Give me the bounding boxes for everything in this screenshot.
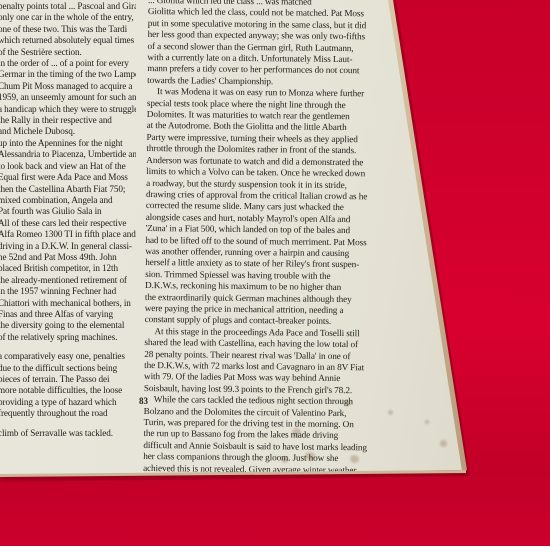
page-number: 83: [139, 396, 148, 406]
text-line: frequently throughout the road: [0, 408, 136, 419]
text-line: only one car in the whole of the entry,: [0, 12, 136, 23]
text-line: Pat fourth was Giulio Sala in: [0, 206, 136, 217]
text-line: to look back and view an Hat of the: [0, 161, 136, 172]
text-line: due to the difficult sections being: [0, 363, 136, 374]
text-line: pieces of terrain. The Passo dei: [0, 374, 136, 385]
left-text-column: penalty points total ... Pascoal and Gir…: [0, 1, 136, 439]
text-line: more notable difficulties, the loose: [0, 385, 136, 396]
text-line: Germar in the timing of the two Lampes.: [0, 69, 136, 80]
text-line: penalty points total ... Pascoal and Gir…: [0, 1, 136, 12]
text-line: All of these cars led their respective: [0, 218, 136, 229]
bottom-white-strip: [0, 546, 550, 550]
text-line: then the Castellina Abarth Fiat 750;: [0, 184, 136, 195]
text-line: Chum Pit Moss managed to acquire a: [0, 81, 136, 92]
text-line: mixed combination, Angela and: [0, 195, 136, 206]
text-line: providing a type of hazard which: [0, 397, 136, 408]
text-line: one of these two. This was the Tardi: [0, 24, 136, 35]
text-line: in the order of ... of a point for every: [0, 58, 136, 69]
text-line: Alessandria to Piacenza, Umbertide and: [0, 149, 136, 160]
text-line: and Michele Dubosq.: [0, 126, 136, 137]
text-line: the diversity going to the elemental: [0, 320, 136, 331]
text-line: climb of Serravalle was tackled.: [0, 428, 136, 439]
foxing-stain: [440, 440, 447, 447]
text-line: he 52nd and Pat Moss 49th. John: [0, 252, 136, 263]
text-line: a comparatively easy one, penalties: [0, 351, 136, 362]
text-line: in the 1957 winning Fechner had: [0, 286, 136, 297]
text-line: Alfa Romeo 1300 TI in fifth place and: [0, 229, 136, 240]
foxing-stain: [425, 420, 429, 424]
text-line: Chiattori with mechanical bothers, in: [0, 298, 136, 309]
text-line: up into the Apennines for the night: [0, 138, 136, 149]
text-line: of the Sestrière section.: [0, 47, 136, 58]
text-line: a handicap which they were to struggle: [0, 104, 136, 115]
text-line: which returned absolutely equal times: [0, 35, 136, 46]
right-text-column: ... Giolitta which led the class ... was…: [143, 1, 398, 477]
text-line: the Rally in their respective and: [0, 115, 136, 126]
text-line: of the relatively spring machines.: [0, 332, 136, 343]
text-line: the already-mentioned retirement of: [0, 275, 136, 286]
text-line: driving in a D.K.W. In general classi-: [0, 241, 136, 252]
text-line: Finas and three Alfas of varying: [0, 309, 136, 320]
text-line: Equal first were Ada Pace and Moss: [0, 172, 136, 183]
text-line: placed British competitor, in 12th: [0, 263, 136, 274]
text-line: 1959, an unseemly amount for such an: [0, 92, 136, 103]
